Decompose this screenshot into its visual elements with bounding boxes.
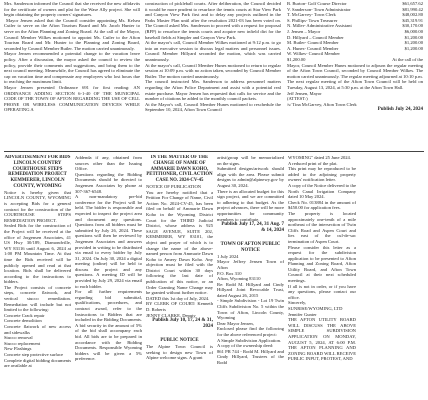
minutes-paragraph: At the mayor's call, Council Member Wilk…	[145, 40, 281, 62]
notice-paragraph: A non-mandatory pre-bid conference for t…	[75, 194, 142, 289]
notice-paragraph: Questions regarding the Bidding Document…	[75, 172, 142, 194]
notice-line: Re: Rodd M. Hillyard and Cindy Hillyard …	[217, 282, 284, 299]
notice-line: If all is not in order, or if you have a…	[288, 284, 356, 301]
bids-notice-continued: Addenda if any, obtained from sources ot…	[75, 155, 142, 400]
notice-line: This print may be reproduced to be added…	[288, 166, 356, 183]
minutes-paragraph: The council instructed Mrs. Sanderson to…	[145, 79, 281, 101]
notice-paragraph: Notice is hereby given that LINCOLN COUN…	[4, 190, 71, 224]
bids-notice: ADVERTISEMENT FOR BIDS LINCOLN COUNTRY C…	[4, 155, 71, 400]
notice-line: WYOMING" dated 25 June 2024.	[288, 155, 356, 161]
notice-heading: ADVERTISEMENT FOR BIDS LINCOLN COUNTRY C…	[4, 155, 71, 190]
notice-line: Mayor Jeffrey Jensen Town of Afton	[217, 259, 284, 270]
notice-line: A copy of the Notice delivered to the No…	[288, 183, 356, 200]
notice-line: Please consider this letter as a request…	[288, 245, 356, 284]
notice-paragraph: There is an allocated budget for this si…	[217, 189, 284, 223]
minutes-paragraph: construction of pickleball courts. After…	[145, 1, 281, 40]
minutes-column-2: construction of pickleball courts. After…	[145, 1, 281, 151]
minutes-paragraph: Mayor Jensen recommended a potential cha…	[4, 51, 140, 85]
name-change-notice: IN THE MATTER OF THE CHANGE OF NAME OF A…	[146, 155, 213, 400]
minutes-paragraph: Mayor, Council Member Hunes motioned to …	[287, 63, 423, 80]
notice-line: The property is located approximately on…	[288, 211, 356, 245]
notice-paragraph: BY CLERK OF COURT: Kenneth D. Roberts	[146, 301, 213, 312]
notice-paragraph: The Project consists of concrete steps, …	[4, 285, 71, 313]
subdivision-notice: WYOMING" dated 25 June 2024. A reduced p…	[288, 155, 356, 400]
notice-paragraph: You are hereby notified that a Petition …	[146, 190, 213, 296]
publish-date: Publish July 24, 2024	[287, 107, 423, 113]
notices-section: ADVERTISEMENT FOR BIDS LINCOLN COUNTRY C…	[0, 155, 428, 400]
notice-line: Enclosed please find the following for t…	[217, 326, 284, 337]
notice-heading: TOWN OF AFTON PUBLIC NOTICE	[217, 242, 284, 254]
minutes-paragraph: Mayor Jensen presented Ordinance 691 for…	[4, 85, 140, 113]
minutes-column-3: B. Burton- Golf Course Director$61,657.6…	[287, 1, 423, 151]
notice-paragraph: artist/group will be memorialized on the…	[217, 155, 284, 166]
minutes-paragraph: Mayor Jensen asked that the Council cons…	[4, 18, 140, 52]
notice-paragraph: The Alpine Town Council is seeking to de…	[146, 344, 213, 361]
notice-paragraph: Addenda if any, obtained from sources ot…	[75, 155, 142, 172]
notice-heading: IN THE MATTER OF THE CHANGE OF NAME OF A…	[146, 155, 213, 184]
notice-paragraph: Complete digital bidding documents are a…	[4, 358, 71, 369]
notice-list-item: Concrete step protective surface	[4, 352, 71, 358]
minutes-column-1: Mrs. Sanderson informed the Council that…	[4, 1, 140, 151]
notice-line: 861 PR 744 - Rodd M. Hillyard and Cindy …	[217, 349, 284, 366]
minutes-paragraph: Mrs. Sanderson informed the Council that…	[4, 1, 140, 18]
notice-paragraph: Submitted designs/artwork should align w…	[217, 166, 284, 188]
alpine-notice: artist/group will be memorialized on the…	[217, 155, 284, 400]
notice-line: - Simple Subdivision - Lot 19 Twin Cliff…	[217, 298, 284, 320]
notice-line: THE AFTON UTILITY BOARD WILL DISCUSS THE…	[288, 317, 356, 362]
minutes-paragraph: At the mayor's call, Council Member Hune…	[145, 63, 281, 80]
minutes-paragraph: The next regular meeting of the Afton To…	[287, 79, 423, 90]
notice-paragraph: For all further requirements regarding b…	[75, 289, 142, 362]
publish-date: Publish July 17, 24, 31 Aug. 7 & 14, 202…	[217, 222, 284, 234]
notice-list-item: Concrete flatwork of new access and side…	[4, 324, 71, 335]
section-divider	[4, 151, 424, 152]
minutes-paragraph: At the Mayor's call, Council Member Hune…	[145, 102, 281, 113]
minutes-section: Mrs. Sanderson informed the Council that…	[0, 0, 428, 150]
notice-line: Check No. 013884 in the amount of $450.0…	[288, 200, 356, 211]
publish-date: Publish July 10, 17, 24 & 31, 2024	[146, 318, 213, 330]
notice-paragraph: Sealed Bids for the construction of the …	[4, 223, 71, 285]
